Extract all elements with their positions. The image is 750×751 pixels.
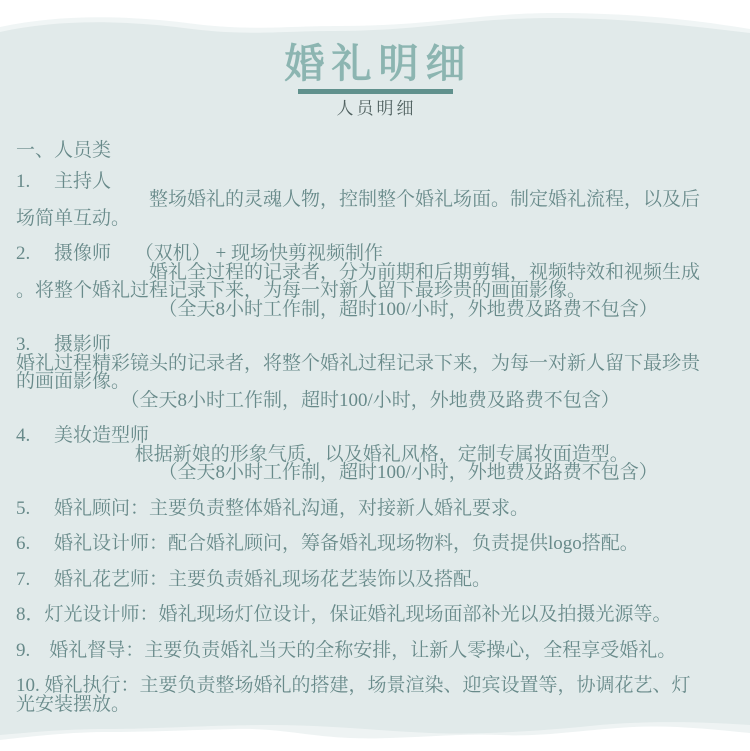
list-item-5: 5. 婚礼顾问：主要负责整体婚礼沟通，对接新人婚礼要求。 [16,500,736,519]
list-item-8: 8．灯光设计师：婚礼现场灯位设计，保证婚礼现场面部补光以及拍摄光源等。 [16,606,736,625]
list-item-10: 10. 婚礼执行：主要负责整场婚礼的搭建，场景渲染、迎宾设置等，协调花艺、灯 光… [16,677,736,714]
wedding-details-poster: 婚礼明细 人员明细 一、人员类 1. 主持人 整场婚礼的灵魂人物，控制整个婚礼场… [0,0,750,751]
list-item-3: 3. 摄影师 婚礼过程精彩镜头的记录者，将整个婚礼过程记录下来，为每一对新人留下… [16,336,736,410]
page-subtitle: 人员明细 [0,100,750,117]
page-title: 婚礼明细 [0,44,750,84]
list-item-7: 7. 婚礼花艺师：主要负责婚礼现场花艺装饰以及搭配。 [16,571,736,590]
list-item-4: 4. 美妆造型师 根据新娘的形象气质，以及婚礼风格，定制专属妆面造型。 （全天8… [16,427,736,483]
list-item-2: 2. 摄像师 （双机） + 现场快剪视频制作 婚礼全过程的记录者，分为前期和后期… [16,245,736,319]
list-item-1: 1. 主持人 整场婚礼的灵魂人物，控制整个婚礼场面。制定婚礼流程，以及后 场简单… [16,173,736,229]
list-item-9: 9. 婚礼督导：主要负责婚礼当天的全称安排，让新人零操心，全程享受婚礼。 [16,642,736,661]
title-divider [298,89,453,94]
list-item-6: 6. 婚礼设计师：配合婚礼顾问，筹备婚礼现场物料，负责提供logo搭配。 [16,535,736,554]
section-heading: 一、人员类 [16,142,736,161]
personnel-list: 一、人员类 1. 主持人 整场婚礼的灵魂人物，控制整个婚礼场面。制定婚礼流程，以… [0,117,750,714]
header: 婚礼明细 人员明细 [0,0,750,117]
